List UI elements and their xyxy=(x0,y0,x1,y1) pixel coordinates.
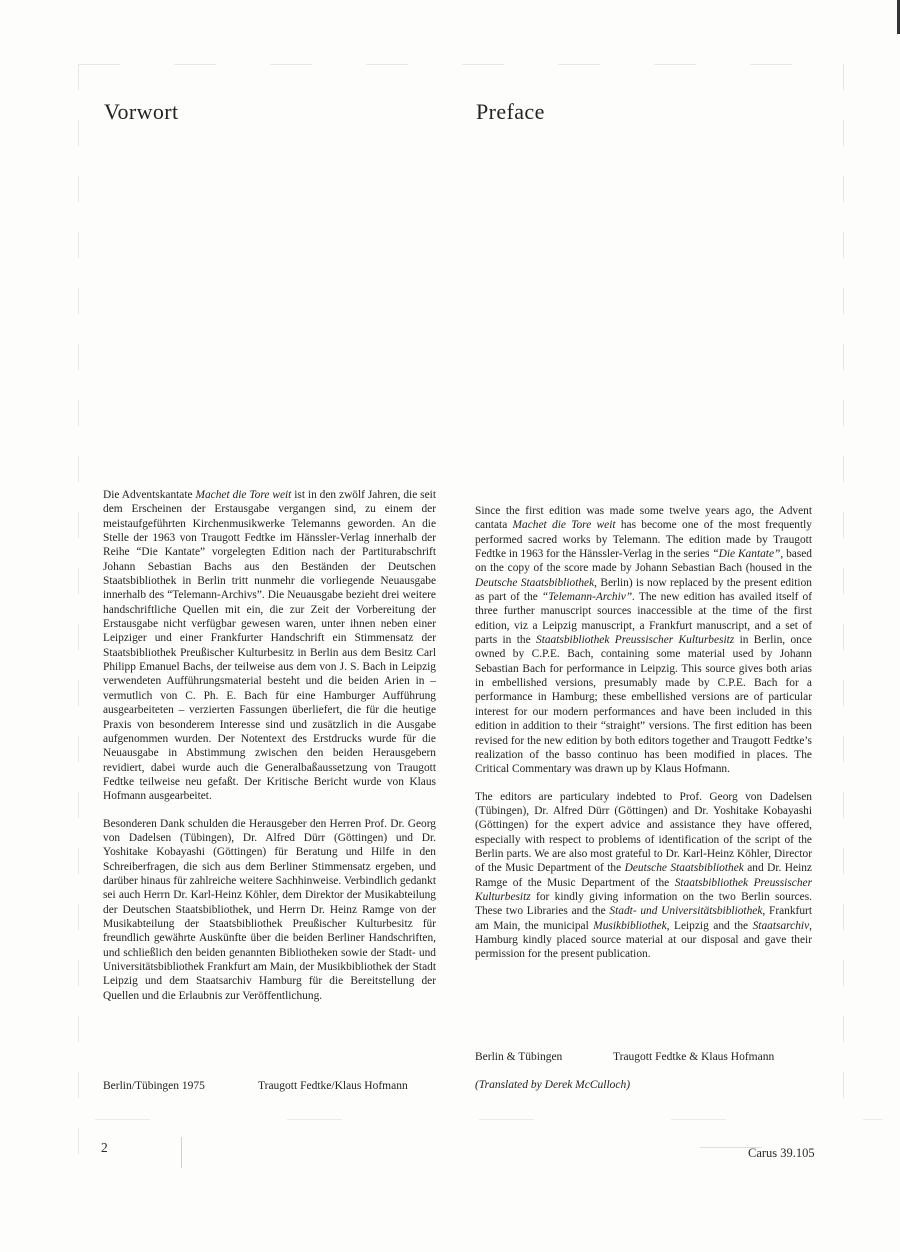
english-signature-names: Traugott Fedtke & Klaus Hofmann xyxy=(613,1050,774,1064)
english-signature-place: Berlin & Tübingen xyxy=(475,1050,613,1064)
fold-mark-left xyxy=(78,64,79,1168)
fold-mark-top xyxy=(78,64,844,65)
paragraph: Besonderen Dank schulden die Herausgeber… xyxy=(103,817,436,1003)
fold-mark-right xyxy=(843,64,844,1116)
german-signature-place: Berlin/Tübingen 1975 xyxy=(103,1079,258,1093)
paragraph: The editors are particulary indebted to … xyxy=(475,790,812,962)
german-column: Die Adventskantate Machet die Tore weit … xyxy=(103,488,436,1016)
catalog-number: Carus 39.105 xyxy=(748,1146,815,1161)
footer-divider-line xyxy=(181,1137,182,1168)
english-signature: Berlin & Tübingen Traugott Fedtke & Klau… xyxy=(475,1050,815,1064)
german-signature: Berlin/Tübingen 1975 Traugott Fedtke/Kla… xyxy=(103,1079,443,1093)
preface-page: Vorwort Preface Die Adventskantate Mache… xyxy=(0,0,900,1252)
paragraph: Since the first edition was made some tw… xyxy=(475,504,812,777)
page-number: 2 xyxy=(101,1140,108,1156)
german-signature-names: Traugott Fedtke/Klaus Hofmann xyxy=(258,1079,408,1093)
translator-credit: (Translated by Derek McCulloch) xyxy=(475,1079,630,1091)
english-heading: Preface xyxy=(476,99,545,125)
english-column: Since the first edition was made some tw… xyxy=(475,504,812,975)
paragraph: Die Adventskantate Machet die Tore weit … xyxy=(103,488,436,804)
fold-mark-bottom xyxy=(95,1119,883,1120)
german-heading: Vorwort xyxy=(104,99,179,125)
